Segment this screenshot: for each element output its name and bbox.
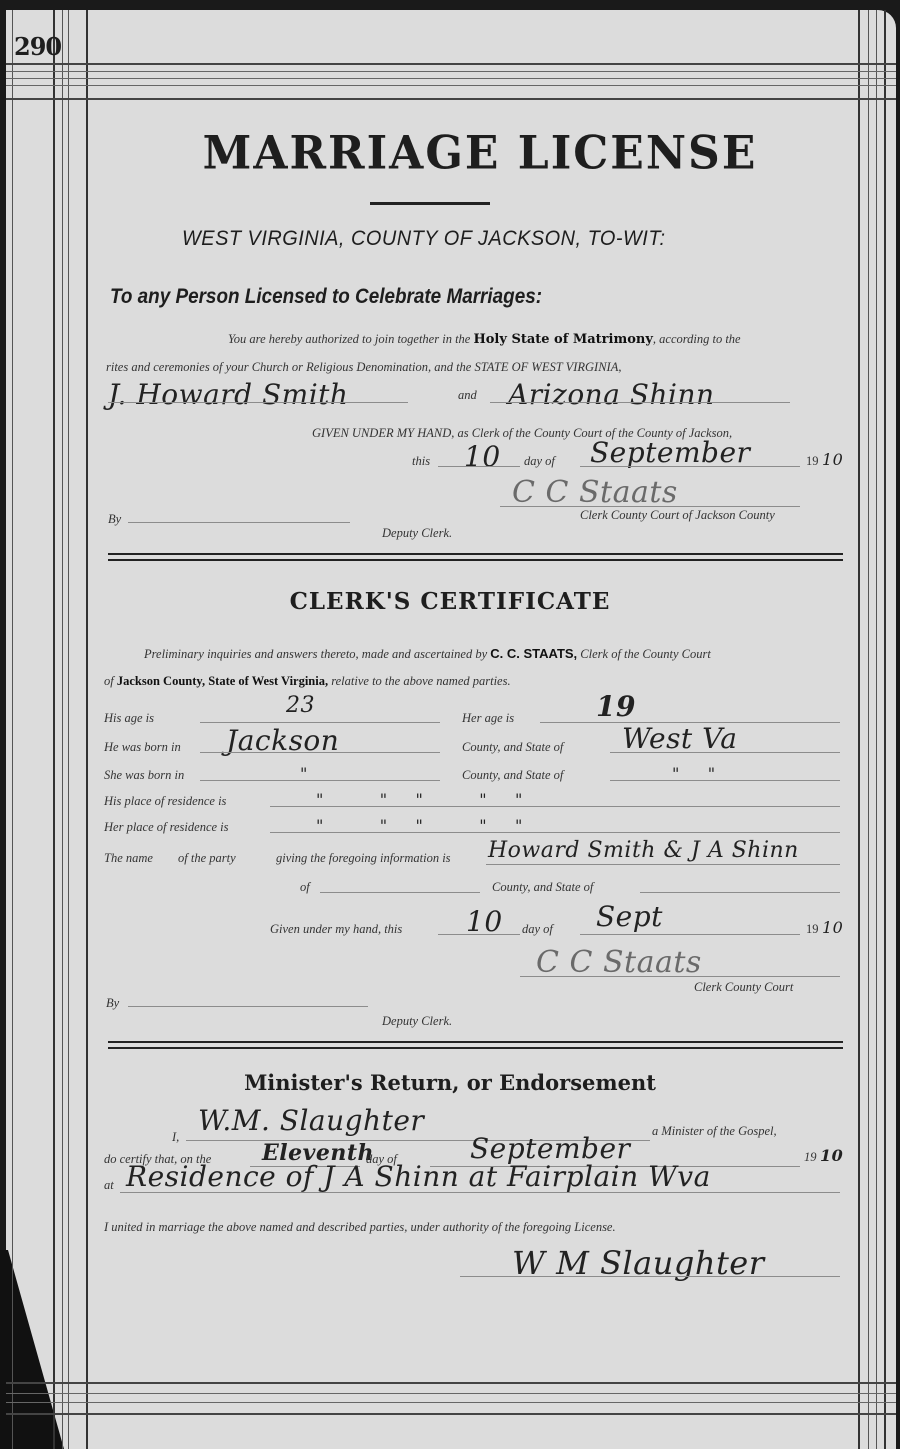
marriage-year-prefix: 19 — [804, 1150, 817, 1165]
title-divider — [370, 202, 490, 205]
license-year-prefix: 19 — [806, 454, 819, 469]
marriage-location: Residence of J A Shinn at Fairplain Wva — [126, 1160, 711, 1193]
border-line — [12, 10, 13, 1449]
his-age-label: His age is — [104, 711, 154, 726]
certificate-day-line — [438, 934, 520, 935]
county-state-label: County, and State of — [462, 768, 563, 783]
border-line — [6, 1413, 896, 1415]
certificate-clerk-signature: C C Staats — [536, 945, 702, 980]
authorization-text-b: , according to the — [653, 332, 741, 346]
she-born-label: She was born in — [104, 768, 184, 783]
certificate-intro-a: Preliminary inquiries and answers theret… — [144, 647, 487, 661]
bride-name-line — [490, 402, 790, 403]
license-month: September — [590, 436, 750, 469]
clerk-signature-line — [500, 506, 800, 507]
border-line — [6, 1393, 896, 1394]
border-line — [858, 10, 860, 1449]
license-day: 10 — [464, 440, 501, 473]
day-of-label: day of — [524, 454, 555, 469]
greeting-heading: To any Person Licensed to Celebrate Marr… — [110, 285, 542, 309]
border-line — [53, 10, 55, 1449]
county-state-label: County, and State of — [492, 880, 593, 895]
he-born-county-line — [200, 752, 440, 753]
border-line — [6, 1382, 896, 1384]
border-line — [868, 10, 869, 1449]
county-state-label: County, and State of — [462, 740, 563, 755]
clerk-title: Clerk County Court of Jackson County — [580, 508, 775, 523]
clerks-certificate-heading: CLERK'S CERTIFICATE — [0, 588, 900, 615]
his-age-line — [200, 722, 440, 723]
groom-name: J. Howard Smith — [108, 378, 348, 411]
border-line — [68, 10, 69, 1449]
her-residence-label: Her place of residence is — [104, 820, 229, 835]
of-label: of — [300, 880, 310, 895]
border-line — [6, 98, 896, 100]
united-in-marriage-text: I united in marriage the above named and… — [104, 1220, 616, 1235]
deputy-signature-line — [128, 522, 350, 523]
jurisdiction-heading: WEST VIRGINIA, COUNTY OF JACKSON, TO-WIT… — [182, 227, 666, 251]
this-label: this — [412, 454, 430, 469]
by-label: By — [108, 512, 121, 527]
marriage-location-line — [120, 1192, 840, 1193]
minister-name: W.M. Slaughter — [198, 1104, 424, 1137]
her-residence-line — [270, 832, 840, 833]
her-age-value: 19 — [596, 690, 636, 723]
certificate-by-label: By — [106, 996, 119, 1011]
certificate-year: 10 — [822, 918, 843, 937]
section-divider — [108, 553, 843, 561]
informant-line — [486, 864, 840, 865]
certificate-clerk-line — [520, 976, 840, 977]
informant-value: Howard Smith & J A Shinn — [488, 838, 799, 863]
deputy-clerk-label: Deputy Clerk. — [382, 526, 452, 541]
border-line — [6, 85, 896, 86]
authorization-text-a: You are hereby authorized to join togeth… — [228, 332, 470, 346]
authorization-text-line2: rites and ceremonies of your Church or R… — [106, 360, 621, 375]
authorization-text: You are hereby authorized to join togeth… — [228, 332, 741, 347]
ministers-return-heading: Minister's Return, or Endorsement — [0, 1070, 900, 1095]
day-of-label: day of — [522, 922, 553, 937]
certificate-clerk-title: Clerk County Court — [694, 980, 793, 995]
clerk-signature: C C Staats — [512, 475, 678, 510]
certificate-year-prefix: 19 — [806, 922, 819, 937]
jurisdiction-bold: Jackson County, State of West Virginia, — [117, 674, 328, 688]
informant-label-c: giving the foregoing information is — [276, 851, 451, 866]
and-label: and — [458, 388, 477, 403]
his-age-value: 23 — [286, 693, 315, 718]
informant-state-line — [640, 892, 840, 893]
certificate-month-line — [580, 934, 800, 935]
license-day-line — [438, 466, 520, 467]
certificate-intro: Preliminary inquiries and answers theret… — [144, 646, 711, 662]
she-born-state-line — [610, 780, 840, 781]
minister-of-gospel-label: a Minister of the Gospel, — [652, 1124, 777, 1139]
border-line — [86, 10, 88, 1449]
his-residence-label: His place of residence is — [104, 794, 226, 809]
certificate-deputy-line — [128, 1006, 368, 1007]
he-born-state: West Va — [622, 722, 737, 755]
he-born-state-line — [610, 752, 840, 753]
groom-name-line — [108, 402, 408, 403]
border-line — [884, 10, 886, 1449]
given-under-hand-label: Given under my hand, this — [270, 922, 402, 937]
certificate-intro-line2: of Jackson County, State of West Virgini… — [104, 674, 511, 689]
certificate-intro-b: Clerk of the County Court — [580, 647, 711, 661]
his-residence-line — [270, 806, 840, 807]
certificate-intro2-a: of — [104, 674, 114, 688]
he-born-label: He was born in — [104, 740, 181, 755]
page-number: 290 — [14, 32, 61, 61]
section-divider — [108, 1041, 843, 1049]
her-age-label: Her age is — [462, 711, 514, 726]
border-line — [6, 1402, 896, 1403]
license-year: 10 — [822, 450, 843, 469]
she-born-county-line — [200, 780, 440, 781]
certificate-intro2-b: relative to the above named parties. — [331, 674, 510, 688]
i-label: I, — [172, 1130, 179, 1145]
certificate-deputy-label: Deputy Clerk. — [382, 1014, 452, 1029]
at-label: at — [104, 1178, 114, 1193]
informant-label-a: The name — [104, 851, 153, 866]
border-line — [6, 63, 896, 65]
minister-signature-line — [460, 1276, 840, 1277]
bride-name: Arizona Shinn — [508, 378, 715, 411]
border-line — [6, 78, 896, 79]
border-line — [62, 10, 63, 1449]
informant-label-b: of the party — [178, 851, 236, 866]
holy-state-text: Holy State of Matrimony — [473, 332, 652, 347]
license-month-line — [580, 466, 800, 467]
border-line — [6, 71, 896, 72]
certificate-month: Sept — [596, 900, 663, 933]
page-title: MARRIAGE LICENSE — [0, 127, 900, 181]
border-line — [876, 10, 877, 1449]
clerk-name: C. C. STAATS, — [490, 646, 577, 661]
marriage-year: 10 — [820, 1146, 843, 1165]
informant-county-line — [320, 892, 480, 893]
